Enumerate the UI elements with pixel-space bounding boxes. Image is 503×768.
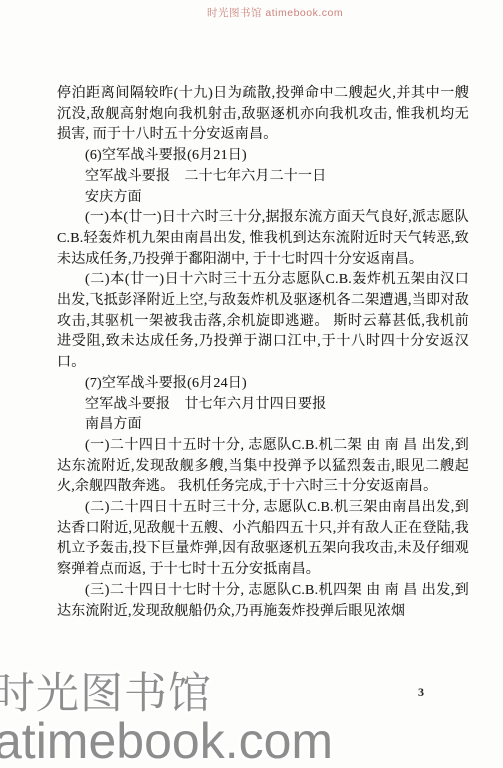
body-paragraph: (二)二十四日十五时三十分, 志愿队C.B.机三架由南昌出发,到达香口附近,见敌… (57, 498, 469, 581)
body-paragraph: 空军战斗要报 二十七年六月二十一日 (57, 167, 469, 188)
body-paragraph: (6)空军战斗要报(6月21日) (57, 146, 469, 167)
page-body: 停泊距离间隔较昨(十九)日为疏散,投弹命中二艘起火,并其中一艘沉没,敌舰高射炮向… (57, 84, 469, 622)
body-paragraph: 空军战斗要报 廿七年六月廿四日要报 (57, 395, 469, 416)
body-paragraph: (三)二十四日十七时十分, 志愿队C.B.机四架 由 南 昌 出发,到达东流附近… (57, 581, 469, 622)
body-paragraph: (二)本(廿一)日十六时三十五分志愿队C.B.轰炸机五架由汉口出发,飞抵彭泽附近… (57, 270, 469, 374)
body-paragraph: (一)二十四日十五时十分, 志愿队C.B.机二架 由 南 昌 出发,到达东流附近… (57, 436, 469, 498)
body-paragraph: (一)本(廿一)日十六时三十分,据报东流方面天气良好,派志愿队C.B.轻轰炸机九… (57, 208, 469, 270)
body-paragraph: (7)空军战斗要报(6月24日) (57, 374, 469, 395)
scanned-page: 时光图书馆 atimebook.com 停泊距离间隔较昨(十九)日为疏散,投弹命… (0, 0, 503, 768)
body-paragraph: 安庆方面 (57, 188, 469, 209)
body-paragraph: 南昌方面 (57, 415, 469, 436)
watermark-top: 时光图书馆 atimebook.com (207, 5, 343, 20)
watermark-bottom-domain: atimebook.com (0, 712, 333, 768)
body-paragraph: 停泊距离间隔较昨(十九)日为疏散,投弹命中二艘起火,并其中一艘沉没,敌舰高射炮向… (57, 84, 469, 146)
page-number: 3 (418, 685, 424, 700)
